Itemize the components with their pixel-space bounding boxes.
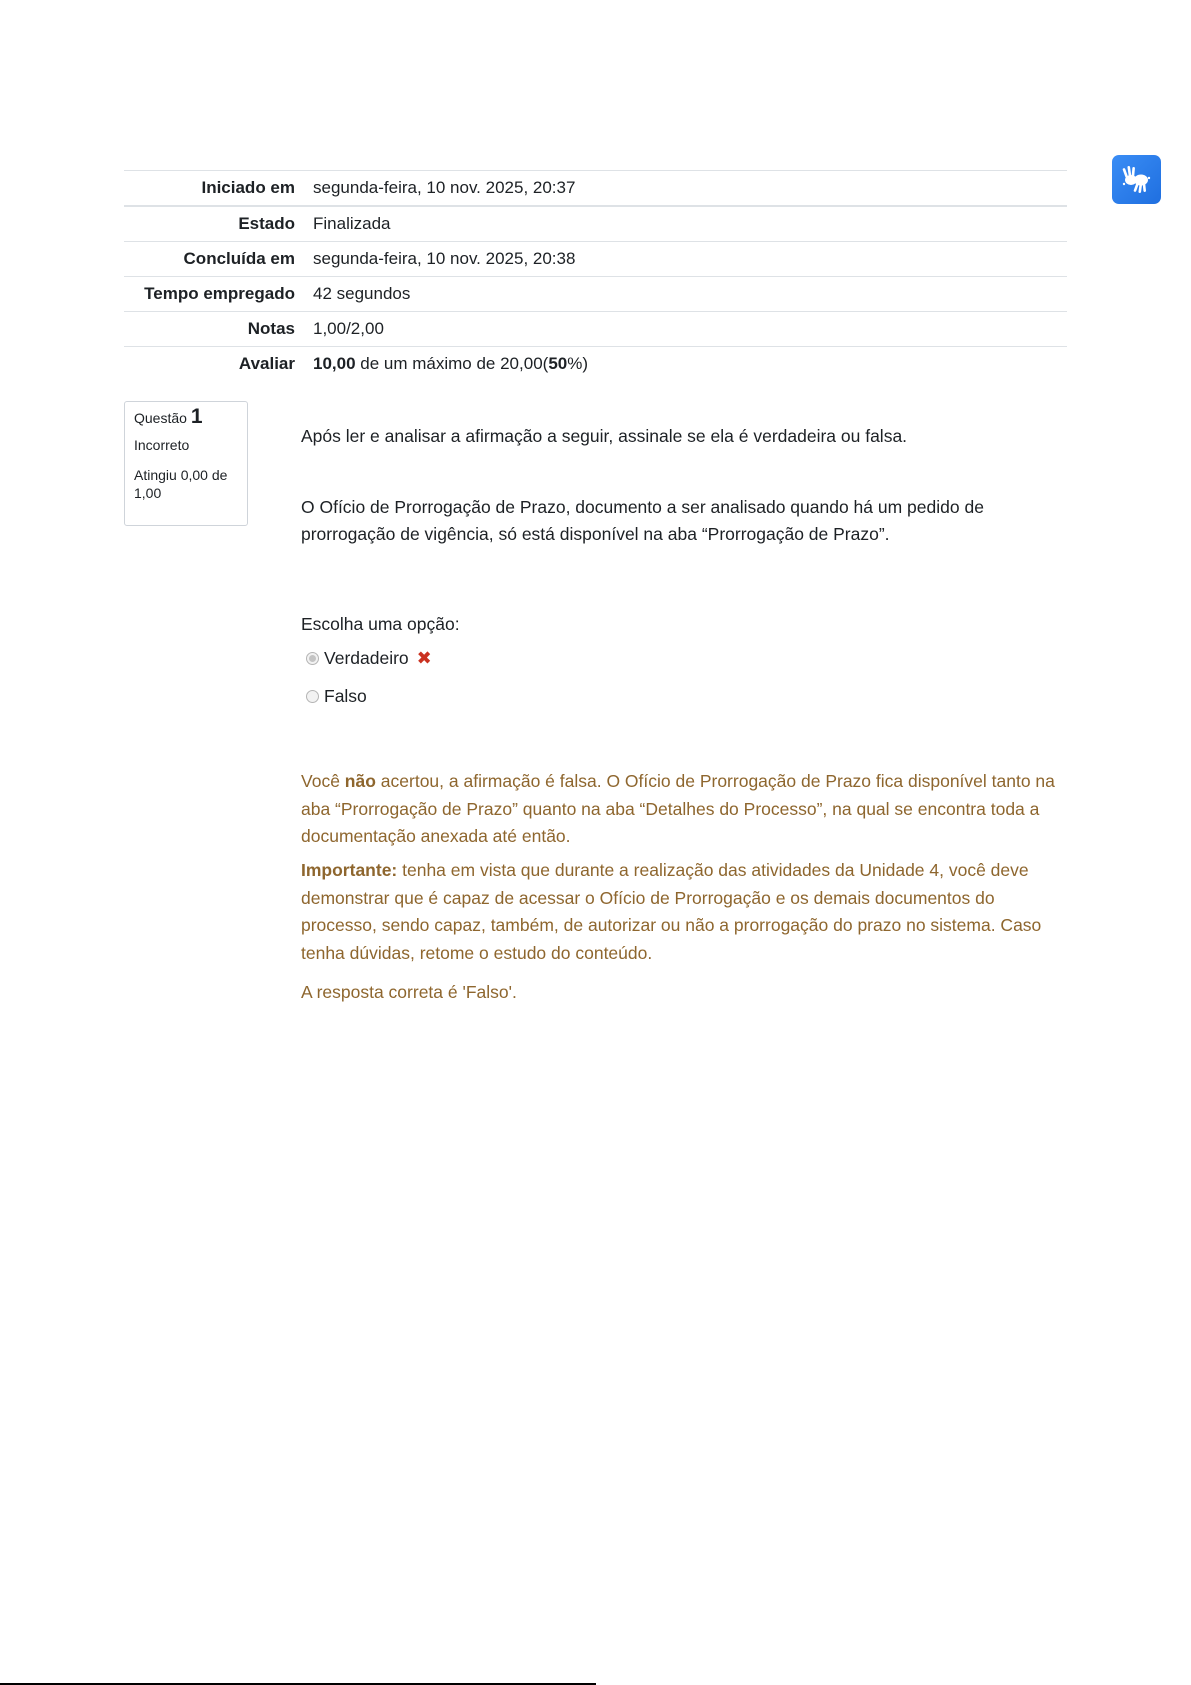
summary-label: Estado	[124, 206, 303, 242]
feedback-general: Você não acertou, a afirmação é falsa. O…	[301, 768, 1071, 851]
summary-value: segunda-feira, 10 nov. 2025, 20:37	[303, 171, 1067, 207]
option-verdadeiro[interactable]: Verdadeiro ✖	[306, 646, 432, 670]
summary-value: 1,00/2,00	[303, 312, 1067, 347]
attempt-summary-table: Iniciado em segunda-feira, 10 nov. 2025,…	[124, 170, 1067, 381]
sign-language-hands-icon	[1120, 165, 1154, 195]
feedback-text: tenha em vista que durante a realização …	[301, 860, 1041, 963]
summary-label: Iniciado em	[124, 171, 303, 207]
question-state: Incorreto	[134, 436, 238, 454]
grade-middle: de um máximo de 20,00(	[356, 354, 549, 373]
accessibility-sign-language-button[interactable]	[1112, 155, 1161, 204]
question-info-box: Questão 1 Incorreto Atingiu 0,00 de 1,00	[124, 401, 248, 526]
summary-label: Tempo empregado	[124, 277, 303, 312]
radio-falso[interactable]	[306, 690, 319, 703]
grade-score: 10,00	[313, 354, 356, 373]
choose-option-label: Escolha uma opção:	[301, 611, 1061, 638]
summary-label: Avaliar	[124, 347, 303, 382]
summary-value: 10,00 de um máximo de 20,00(50%)	[303, 347, 1067, 382]
summary-label: Concluída em	[124, 242, 303, 277]
correct-answer: A resposta correta é 'Falso'.	[301, 979, 1071, 1007]
question-statement: O Ofício de Prorrogação de Prazo, docume…	[301, 494, 1061, 548]
grade-percent: 50	[548, 354, 567, 373]
feedback-important: Importante: tenha em vista que durante a…	[301, 857, 1071, 967]
feedback-bold: não	[345, 771, 376, 791]
summary-row-state: Estado Finalizada	[124, 206, 1067, 242]
summary-row-marks: Notas 1,00/2,00	[124, 312, 1067, 347]
feedback-bold: Importante:	[301, 860, 397, 880]
summary-row-grade: Avaliar 10,00 de um máximo de 20,00(50%)	[124, 347, 1067, 382]
question-prompt: Após ler e analisar a afirmação a seguir…	[301, 423, 1061, 450]
feedback-text: Você	[301, 771, 345, 791]
summary-value: 42 segundos	[303, 277, 1067, 312]
summary-row-started: Iniciado em segunda-feira, 10 nov. 2025,…	[124, 171, 1067, 207]
option-label: Verdadeiro	[324, 646, 409, 670]
question-number: Questão 1	[134, 408, 238, 427]
question-number-value: 1	[191, 405, 203, 428]
summary-value: Finalizada	[303, 206, 1067, 242]
summary-label: Notas	[124, 312, 303, 347]
option-falso[interactable]: Falso	[306, 684, 367, 708]
option-label: Falso	[324, 684, 367, 708]
question-grade: Atingiu 0,00 de 1,00	[134, 466, 238, 502]
radio-verdadeiro[interactable]	[306, 652, 319, 665]
summary-row-completed: Concluída em segunda-feira, 10 nov. 2025…	[124, 242, 1067, 277]
summary-value: segunda-feira, 10 nov. 2025, 20:38	[303, 242, 1067, 277]
grade-suffix: %)	[567, 354, 588, 373]
summary-row-time-taken: Tempo empregado 42 segundos	[124, 277, 1067, 312]
question-prefix: Questão	[134, 410, 187, 426]
feedback-text: acertou, a afirmação é falsa. O Ofício d…	[301, 771, 1055, 846]
incorrect-x-icon: ✖	[417, 646, 432, 670]
